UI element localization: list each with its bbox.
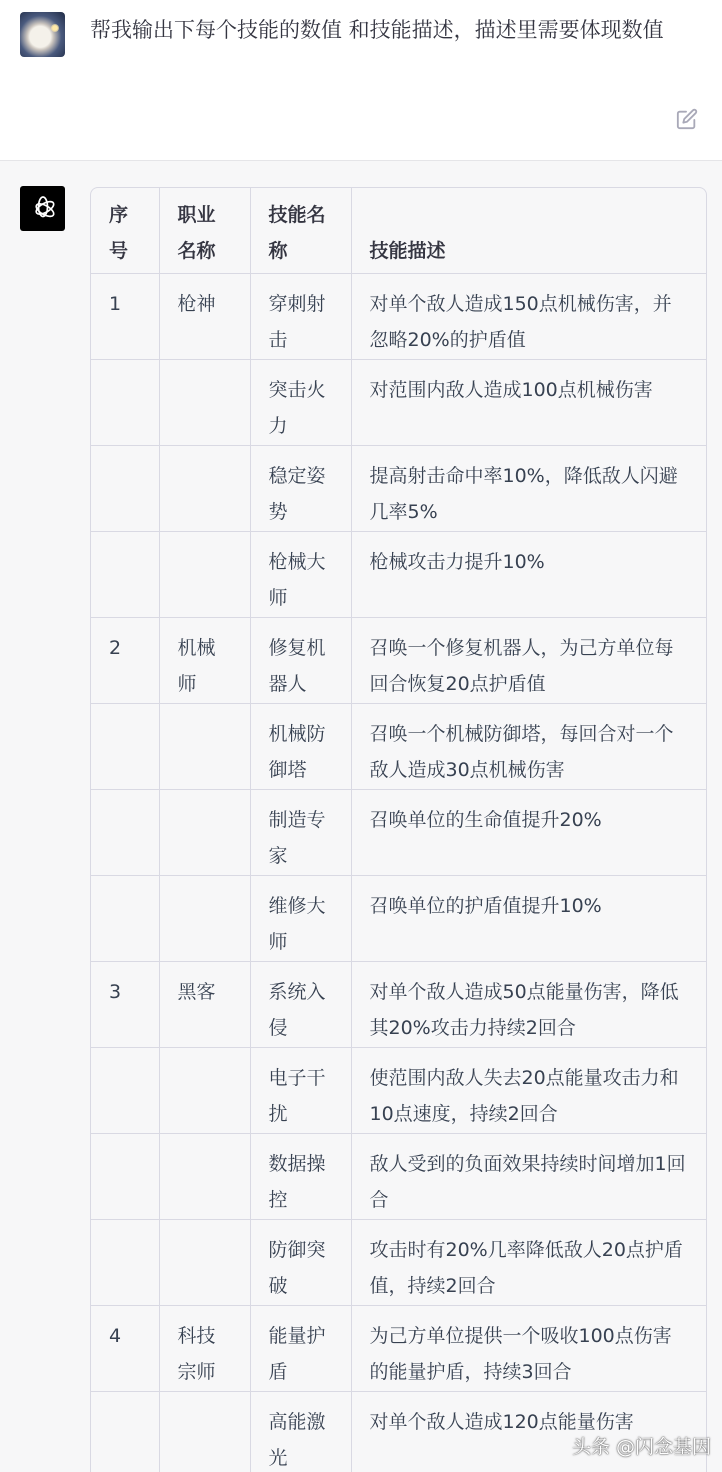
cell-desc: 使范围内敌人失去20点能量攻击力和10点速度，持续2回合 <box>351 1048 706 1134</box>
cell-class <box>159 360 250 446</box>
cell-desc: 敌人受到的负面效果持续时间增加1回合 <box>351 1134 706 1220</box>
cell-skill: 制造专家 <box>250 790 351 876</box>
cell-no <box>91 532 159 618</box>
table-row: 机械防御塔召唤一个机械防御塔，每回合对一个敌人造成30点机械伤害 <box>91 704 706 790</box>
cell-class <box>159 876 250 962</box>
table-row: 4科技宗师能量护盾为己方单位提供一个吸收100点伤害的能量护盾，持续3回合 <box>91 1306 706 1392</box>
cell-class <box>159 1392 250 1472</box>
cell-skill: 能量护盾 <box>250 1306 351 1392</box>
cell-class: 枪神 <box>159 274 250 360</box>
cell-class <box>159 790 250 876</box>
cell-no <box>91 1134 159 1220</box>
cell-skill: 维修大师 <box>250 876 351 962</box>
cell-desc: 对范围内敌人造成100点机械伤害 <box>351 360 706 446</box>
table-header-row: 序号 职业名称 技能名称 技能描述 <box>91 188 706 274</box>
cell-no <box>91 1392 159 1472</box>
cell-skill: 突击火力 <box>250 360 351 446</box>
cell-no: 1 <box>91 274 159 360</box>
assistant-message: 序号 职业名称 技能名称 技能描述 1枪神穿刺射击对单个敌人造成150点机械伤害… <box>0 161 722 1472</box>
header-skill: 技能名称 <box>250 188 351 274</box>
table-row: 电子干扰使范围内敌人失去20点能量攻击力和10点速度，持续2回合 <box>91 1048 706 1134</box>
cell-skill: 数据操控 <box>250 1134 351 1220</box>
table-row: 数据操控敌人受到的负面效果持续时间增加1回合 <box>91 1134 706 1220</box>
cell-no <box>91 876 159 962</box>
cell-desc: 枪械攻击力提升10% <box>351 532 706 618</box>
user-message: 帮我输出下每个技能的数值 和技能描述，描述里需要体现数值 <box>0 0 722 161</box>
cell-class <box>159 1134 250 1220</box>
header-no: 序号 <box>91 188 159 274</box>
table-row: 3黑客系统入侵对单个敌人造成50点能量伤害，降低其20%攻击力持续2回合 <box>91 962 706 1048</box>
cell-desc: 攻击时有20%几率降低敌人20点护盾值，持续2回合 <box>351 1220 706 1306</box>
cell-desc: 提高射击命中率10%，降低敌人闪避几率5% <box>351 446 706 532</box>
cell-desc: 对单个敌人造成150点机械伤害，并忽略20%的护盾值 <box>351 274 706 360</box>
cell-no <box>91 360 159 446</box>
table-row: 2机械师修复机器人召唤一个修复机器人，为己方单位每回合恢复20点护盾值 <box>91 618 706 704</box>
cell-desc: 为己方单位提供一个吸收100点伤害的能量护盾，持续3回合 <box>351 1306 706 1392</box>
user-avatar <box>20 12 65 57</box>
cell-skill: 机械防御塔 <box>250 704 351 790</box>
cell-skill: 电子干扰 <box>250 1048 351 1134</box>
user-message-text: 帮我输出下每个技能的数值 和技能描述，描述里需要体现数值 <box>90 12 690 49</box>
cell-desc: 对单个敌人造成50点能量伤害，降低其20%攻击力持续2回合 <box>351 962 706 1048</box>
cell-skill: 系统入侵 <box>250 962 351 1048</box>
cell-no <box>91 1048 159 1134</box>
table-row: 1枪神穿刺射击对单个敌人造成150点机械伤害，并忽略20%的护盾值 <box>91 274 706 360</box>
cell-skill: 修复机器人 <box>250 618 351 704</box>
openai-logo-icon <box>20 186 65 231</box>
cell-no <box>91 704 159 790</box>
cell-class <box>159 446 250 532</box>
cell-skill: 枪械大师 <box>250 532 351 618</box>
table-row: 突击火力对范围内敌人造成100点机械伤害 <box>91 360 706 446</box>
cell-no: 4 <box>91 1306 159 1392</box>
cell-desc: 召唤单位的护盾值提升10% <box>351 876 706 962</box>
cell-class: 黑客 <box>159 962 250 1048</box>
cell-class <box>159 532 250 618</box>
cell-desc: 召唤单位的生命值提升20% <box>351 790 706 876</box>
cell-skill: 稳定姿势 <box>250 446 351 532</box>
cell-class: 机械师 <box>159 618 250 704</box>
cell-skill: 高能激光 <box>250 1392 351 1472</box>
table-row: 制造专家召唤单位的生命值提升20% <box>91 790 706 876</box>
cell-no: 3 <box>91 962 159 1048</box>
cell-desc: 召唤一个修复机器人，为己方单位每回合恢复20点护盾值 <box>351 618 706 704</box>
cell-desc: 召唤一个机械防御塔，每回合对一个敌人造成30点机械伤害 <box>351 704 706 790</box>
edit-icon[interactable] <box>676 108 698 130</box>
cell-class <box>159 1048 250 1134</box>
cell-skill: 防御突破 <box>250 1220 351 1306</box>
table-row: 枪械大师枪械攻击力提升10% <box>91 532 706 618</box>
table-row: 防御突破攻击时有20%几率降低敌人20点护盾值，持续2回合 <box>91 1220 706 1306</box>
header-desc: 技能描述 <box>351 188 706 274</box>
cell-no: 2 <box>91 618 159 704</box>
header-class: 职业名称 <box>159 188 250 274</box>
cell-class: 科技宗师 <box>159 1306 250 1392</box>
cell-skill: 穿刺射击 <box>250 274 351 360</box>
watermark: 头条 @闪念基因 <box>572 1432 711 1459</box>
table-row: 维修大师召唤单位的护盾值提升10% <box>91 876 706 962</box>
cell-no <box>91 446 159 532</box>
cell-no <box>91 790 159 876</box>
table-row: 稳定姿势提高射击命中率10%，降低敌人闪避几率5% <box>91 446 706 532</box>
skills-table: 序号 职业名称 技能名称 技能描述 1枪神穿刺射击对单个敌人造成150点机械伤害… <box>90 187 707 1472</box>
cell-class <box>159 1220 250 1306</box>
cell-no <box>91 1220 159 1306</box>
cell-class <box>159 704 250 790</box>
